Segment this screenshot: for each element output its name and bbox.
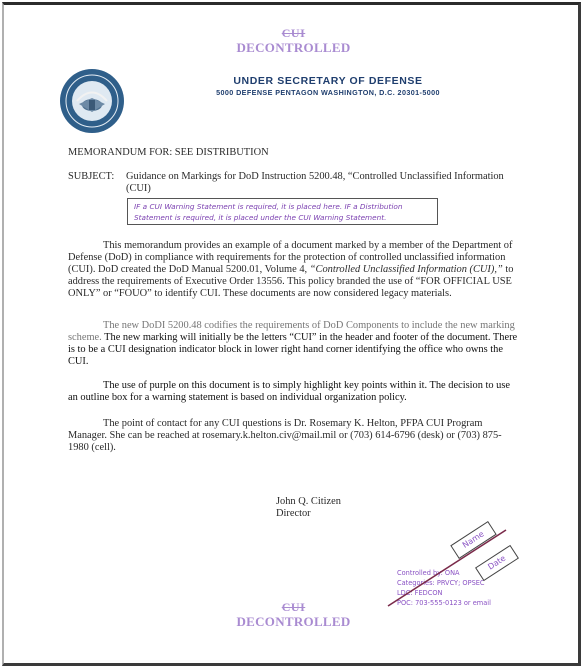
- header-cui-strikethrough: CUI: [0, 27, 587, 40]
- letterhead-office: UNDER SECRETARY OF DEFENSE: [148, 75, 508, 88]
- footer-decontrolled-label: DECONTROLLED: [0, 614, 587, 629]
- paragraph-point-of-contact-text: The point of contact for any CUI questio…: [68, 418, 502, 453]
- letterhead-address: 5000 DEFENSE PENTAGON WASHINGTON, D.C. 2…: [148, 88, 508, 98]
- paragraph-intro-italic-title: “Controlled Unclassified Information (CU…: [310, 264, 503, 275]
- cui-warning-statement-box: IF a CUI Warning Statement is required, …: [127, 198, 438, 225]
- header-cui-banner: CUI DECONTROLLED: [0, 27, 587, 55]
- footer-cui-banner: CUI DECONTROLLED: [0, 601, 587, 629]
- letterhead: UNDER SECRETARY OF DEFENSE 5000 DEFENSE …: [148, 75, 508, 98]
- department-of-defense-seal-icon: [59, 68, 125, 134]
- signature-block: John Q. Citizen Director: [276, 496, 341, 521]
- cui-designation-indicator-block: Controlled by: ONA Categories: PRVCY; OP…: [378, 513, 558, 613]
- memorandum-for-line: MEMORANDUM FOR: SEE DISTRIBUTION: [68, 147, 269, 159]
- paragraph-new-marking-text-b: The new marking will initially be the le…: [68, 332, 517, 367]
- signature-title: Director: [276, 508, 341, 520]
- subject-text: Guidance on Markings for DoD Instruction…: [126, 171, 506, 196]
- footer-cui-strikethrough: CUI: [0, 601, 587, 614]
- decontrol-slash-line: [378, 513, 558, 613]
- paragraph-purple-usage: The use of purple on this document is to…: [68, 380, 520, 404]
- paragraph-point-of-contact: The point of contact for any CUI questio…: [68, 418, 520, 454]
- paragraph-intro: This memorandum provides an example of a…: [68, 240, 520, 300]
- signature-name: John Q. Citizen: [276, 496, 341, 508]
- paragraph-purple-usage-text: The use of purple on this document is to…: [68, 380, 510, 403]
- header-decontrolled-label: DECONTROLLED: [0, 40, 587, 55]
- paragraph-new-marking: The new DoDI 5200.48 codifies the requir…: [68, 320, 520, 368]
- subject-label: SUBJECT:: [68, 171, 114, 183]
